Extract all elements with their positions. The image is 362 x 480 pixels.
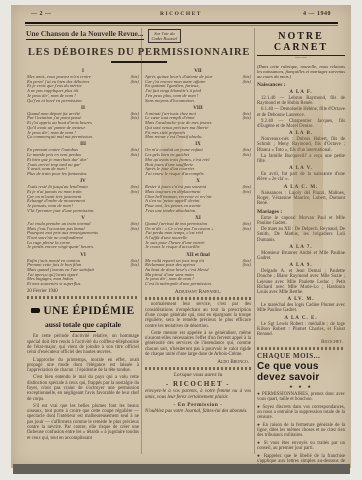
carnet-unit-subhead: A LV. M. — [257, 297, 345, 302]
verse-text: Qu'j'en ai bavé en permission. — [27, 99, 83, 104]
notice-item: ● Si vous êtes envoyés ou traités par un… — [257, 441, 345, 451]
song-kicker-row: Une Chanson de la Nouvelle Revue... Sur … — [26, 29, 252, 43]
carnet-entry: En avril, fut part de la naissance d'une… — [257, 172, 345, 182]
article-paragraph: En cette période d'activité relative, un… — [27, 334, 139, 355]
column-divider — [254, 28, 255, 454]
verse-line: C'est la métropole d'une permission. — [145, 282, 251, 287]
bis-mark: (bis) — [131, 116, 139, 121]
verse-text: J'ai couru le risque d'accomplir. — [145, 172, 204, 177]
carnet-entries: Naissances :A LA F.12.1.40 — Lebrun Raym… — [257, 82, 345, 345]
song-verse: IMes amis, vous pouvez m'en croire(bis)E… — [27, 69, 139, 103]
bis-mark: (bis) — [131, 263, 139, 268]
newspaper-page: — 2 — RICOCHET 4 — 1940 Une Chanson de l… — [11, 5, 351, 468]
verse-text: C'est la métropole d'une permission. — [145, 282, 212, 287]
bis-mark: (bis) — [243, 190, 251, 195]
ornament-divider — [145, 367, 251, 370]
carnet-section-heading: Naissances : — [257, 82, 345, 88]
verse-text: J'eus une tendre absolution. — [145, 209, 196, 214]
carnet-entry: 12.1.40 — Lebrun Raymond, fils de Raymon… — [257, 96, 345, 106]
carnet-title: NOTRE CARNET — [257, 31, 345, 56]
masthead-title: RICOCHET — [25, 11, 337, 17]
song-verse: VIIIA minuit j'arrivais chez moi(bis)Le … — [145, 106, 251, 140]
article-paragraph: L'approche du printemps, morale en effet… — [27, 358, 139, 374]
carnet-unit-subhead: A LA C. M. — [257, 185, 345, 190]
scan-shadow-band — [13, 464, 350, 474]
epidemie-header: UNE ÉPIDÉMIE aussi totale que capitale — [27, 301, 139, 332]
carnet-section-heading: Mariages : — [257, 209, 345, 215]
carnet-signoff: Ricochet. — [257, 339, 343, 345]
verse-line: Qu'j'en ai bavé en permission. — [27, 99, 139, 104]
pointing-hand-icon — [31, 308, 40, 313]
carnet-unit-subhead: A LA V. — [257, 166, 345, 171]
promo-line: Lorsque vous aurez lu — [145, 372, 251, 378]
article-date: 20 Février 1940 — [27, 289, 139, 294]
column-middle: VIIAprès quinze heur's d'attente de jour… — [145, 67, 251, 415]
verse-line: Et mes souvenirs si superflus. — [27, 282, 139, 287]
bis-mark: (bis) — [131, 80, 139, 85]
song-kicker: Une Chanson de la Nouvelle Revue... — [26, 29, 144, 40]
song-verse: XRester à jours c'n'est pas souvent(bis)… — [145, 179, 251, 213]
page-header: — 2 — RICOCHET 4 — 1940 — [25, 11, 337, 21]
carnet-entry: Monsieur Brunner André et Mlle Pauline G… — [257, 251, 345, 261]
bis-mark: (bis) — [243, 80, 251, 85]
promo-journal-name: - RICOCHET - — [145, 380, 251, 388]
stars-ornament: ★ ★ ★ — [257, 384, 345, 390]
bis-mark: (bis) — [131, 153, 139, 158]
song-verse: IXOn m'a conduit un jeune enfant(bis)Les… — [145, 142, 251, 176]
verse-line: Plus de train pour les fantassins. — [27, 172, 139, 177]
carnet-entry: Naissances : Lajoly del Piazzi, Malines,… — [257, 191, 345, 207]
verse-line: Je perdis encore vingt-quatr' heures. — [27, 245, 139, 250]
carnet-unit-subhead: A LA C. E. — [257, 316, 345, 321]
carnet-divider: —·— — [257, 56, 345, 62]
continuation-signature: Aldo Bronco. — [145, 359, 249, 365]
notices-list: ● PERMISSIONNAIRES, prenez donc avec vou… — [257, 392, 345, 468]
verse-number: VI — [27, 253, 139, 258]
verse-number: VIII — [145, 106, 251, 111]
verse-line: Mon retour c'est l'motif absolu. — [145, 135, 251, 140]
article-paragraph: C'est bien entendu le mal du pays qui a … — [27, 375, 139, 401]
promo-body: envoyez-le à vos parents, à votre femme … — [145, 389, 251, 400]
carnet-intro: (Dans cette rubrique, nouvelle, nous rel… — [257, 64, 345, 79]
verse-text: Plus de train pour les fantassins. — [27, 172, 88, 177]
ornament-divider — [257, 347, 345, 350]
song-verse: XII et finalMe voilà reparti un jour tro… — [145, 253, 251, 287]
song-verse: VIEnfin j'suis monté en camion(bis)Prena… — [27, 253, 139, 287]
carnet-entry: Entre le caporal Morvan Paul et Mlle Pau… — [257, 216, 345, 226]
song-verse: XIQuand j'arrivai de ma permission(bis)O… — [145, 216, 251, 250]
carnet-unit-subhead: A LA 9. — [257, 263, 345, 268]
verse-line: Ça commençait mal ma permission. — [27, 135, 139, 140]
verse-text: Je perdis encore vingt-quatr' heures. — [27, 245, 94, 250]
verse-line: Je cours le risque d'accueillir. — [145, 245, 251, 250]
notice-item: ● Soyez discrets dans vos correspondance… — [257, 405, 345, 421]
verse-line: Sans moyens d'locomotion. — [145, 99, 251, 104]
verse-number: XII et final — [145, 253, 251, 258]
bis-mark: (bis) — [243, 227, 251, 232]
song-verse: VIIAprès quinze heur's d'attente de jour… — [145, 69, 251, 103]
ornament-divider — [27, 296, 139, 299]
verse-text: Sans moyens d'locomotion. — [145, 99, 195, 104]
air-line-2: Cadet Roussel — [152, 36, 178, 41]
header-rule — [25, 22, 338, 24]
promo-box: Lorsque vous aurez lu - RICOCHET - envoy… — [145, 372, 251, 414]
header-rule-thin — [25, 25, 338, 26]
verse-text: Mon retour c'est l'motif absolu. — [145, 135, 203, 140]
epidemie-body: En cette période d'activité relative, un… — [27, 334, 139, 441]
column-left: IMes amis, vous pouvez m'en croire(bis)E… — [27, 67, 139, 443]
song-verse: IVJ'suis resté là jusqu'au lend'main(bis… — [27, 179, 139, 213]
chaque-mois-title: Ce que vous devez savoir — [257, 361, 345, 383]
chaque-mois-kicker: CHAQUE MOIS... — [257, 352, 345, 360]
song-signature: Adjudant Raffanel. — [145, 289, 251, 295]
epidemie-subtitle: aussi totale que capitale — [27, 320, 139, 329]
verses-right: VIIAprès quinze heur's d'attente de jour… — [145, 69, 251, 287]
song-verse: IIIEn prenant contre l'autobus(bis)Le mo… — [27, 142, 139, 176]
verse-line: J'eus une tendre absolution. — [145, 209, 251, 214]
verse-text: V'là l'premier jour d'une permission. — [27, 209, 94, 214]
carnet-unit-subhead: A LA F. — [257, 90, 345, 95]
newspaper-scan: — 2 — RICOCHET 4 — 1940 Une Chanson de l… — [0, 0, 362, 480]
column-divider — [141, 28, 142, 454]
bis-mark: (bis) — [131, 227, 139, 232]
bis-mark: (bis) — [243, 116, 251, 121]
notice-item: ● PERMISSIONNAIRES, prenez donc avec vou… — [257, 392, 345, 402]
epidemie-title: UNE ÉPIDÉMIE — [43, 305, 134, 317]
article-paragraph: Cette mesure est appelée à se généralise… — [145, 331, 251, 357]
verse-text: Ça commençait mal ma permission. — [27, 135, 93, 140]
carnet-unit-subhead: A LA B. — [257, 131, 345, 136]
column-right: NOTRE CARNET —·— (Dans cette rubrique, n… — [257, 31, 345, 468]
carnet-entry: La famille Bocquevill' a reçu une petite… — [257, 154, 345, 164]
carnet-entry: Le Sgt Lewis Robert : médaille ; de loge… — [257, 322, 345, 338]
bis-mark: (bis) — [243, 153, 251, 158]
bis-mark: (bis) — [243, 263, 251, 268]
epidemie-continuation: normalement leur service, c'est par des … — [145, 302, 251, 357]
song-title: LES DÉBOIRES DU PERMISSIONNAIRE — [26, 47, 252, 58]
song-title-rule — [111, 61, 167, 63]
verses-left: IMes amis, vous pouvez m'en croire(bis)E… — [27, 69, 139, 287]
carnet-entry: Delgado A. et Jean Demai ; Paulette Douc… — [257, 269, 345, 295]
promo-subhead: - En Permission - — [145, 402, 251, 408]
article-paragraph: S'il est vrai que les belles plumes font… — [27, 404, 139, 441]
bis-mark: (bis) — [131, 190, 139, 195]
song-verse: IIQuand mon départ fut arrêté(bis)Par l'… — [27, 106, 139, 140]
air-box: Sur l'air du Cadet Roussel — [148, 29, 182, 43]
carnet-entry: Nouveaux-nés : Dubois Hubert, fils de Sc… — [257, 137, 345, 153]
verse-number: II — [27, 106, 139, 111]
carnet-unit-subhead: A LA 7. — [257, 245, 345, 250]
issue-date: 4 — 1940 — [303, 11, 331, 17]
article-paragraph: normalement leur service, c'est par des … — [145, 302, 251, 328]
carnet-entry: 6.1.40 — Demoiselle Hélène, fille d'Octa… — [257, 107, 345, 117]
carnet-entry: Le maréchal des logis Cadine Plumet avec… — [257, 303, 345, 313]
carnet-entry: 9.2.40 — Charpentier Jacques, fils d'Eug… — [257, 119, 345, 129]
ornament-divider — [145, 297, 251, 300]
verse-text: Et mes souvenirs si superflus. — [27, 282, 82, 287]
song-verse: VJ'ai voulu prendre un train normal(bis)… — [27, 216, 139, 250]
carnet-entry: De mars au XII : De Delpech, Reynaud, De… — [257, 227, 345, 243]
notice-item: ● En raison de la fermeture générale de … — [257, 423, 345, 439]
epidemie-rule — [70, 331, 96, 332]
promo-body-2: N'oubliez pas votre Journal, faites-lui … — [145, 409, 251, 414]
verse-text: Je cours le risque d'accueillir. — [145, 245, 200, 250]
verse-line: J'ai couru le risque d'accomplir. — [145, 172, 251, 177]
verse-line: V'là l'premier jour d'une permission. — [27, 209, 139, 214]
